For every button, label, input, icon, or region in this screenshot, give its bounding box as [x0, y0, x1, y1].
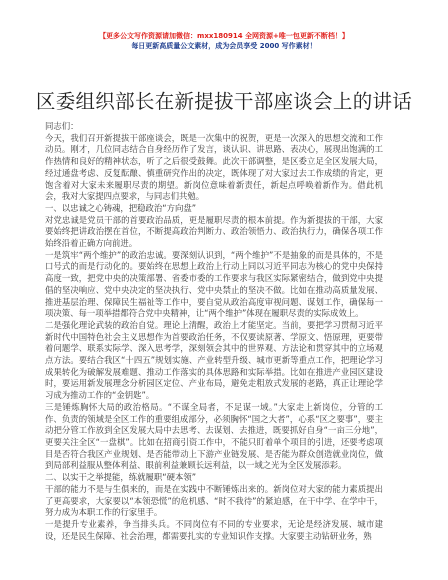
promo-banner-line-1: 【更多公文写作资源请加微信：mxx180914 全网资源+唯一包更新不断档！】	[0, 31, 448, 41]
promo-banner: 【更多公文写作资源请加微信：mxx180914 全网资源+唯一包更新不断档！】 …	[0, 31, 448, 51]
paragraph-intro: 今天，我们召开新提拔干部座谈会，既是一次集中的祝贺，更是一次深入的思想交流和工作…	[45, 133, 383, 203]
paragraph: 干部的能力不是与生俱来的，而是在实践中不断锤炼出来的。新岗位对大家的能力素质提出…	[45, 484, 383, 519]
paragraph: 一是筑牢“两个维护”的政治忠诚。要深刻认识到，“两个维护”不是抽象的而是具体的，…	[45, 250, 383, 320]
paragraph: 对党忠诚是党员干部的首要政治品质，更是履职尽责的根本前提。作为新提拔的干部，大家…	[45, 215, 383, 250]
document-body: 同志们： 今天，我们召开新提拔干部座谈会，既是一次集中的祝贺，更是一次深入的思想…	[45, 121, 383, 542]
promo-banner-line-2: 每日更新高质量公文素材，成为会员享受 2000 写作素材！	[0, 41, 448, 51]
paragraph: 三是锤炼胸怀大局的政治格局。“不谋全局者，不足谋一域。”大家走上新岗位，分管的工…	[45, 402, 383, 472]
section-heading-1: 一、以忠诚之心铸魂，把稳政治“方向盘”	[45, 203, 383, 215]
section-heading-2: 二、以实干之举提能，练就履职“硬本领”	[45, 472, 383, 484]
document-page: 【更多公文写作资源请加微信：mxx180914 全网资源+唯一包更新不断档！】 …	[0, 0, 448, 580]
paragraph: 一是提升专业素养，争当排头兵。不同岗位有不同的专业要求，无论是经济发展、城市建设…	[45, 519, 383, 542]
document-title: 区委组织部长在新提拔干部座谈会上的讲话	[0, 89, 448, 115]
salutation: 同志们：	[45, 121, 383, 133]
paragraph: 二是强化理论武装的政治自觉。理论上清醒，政治上才能坚定。当前，要把学习贯彻习近平…	[45, 320, 383, 402]
